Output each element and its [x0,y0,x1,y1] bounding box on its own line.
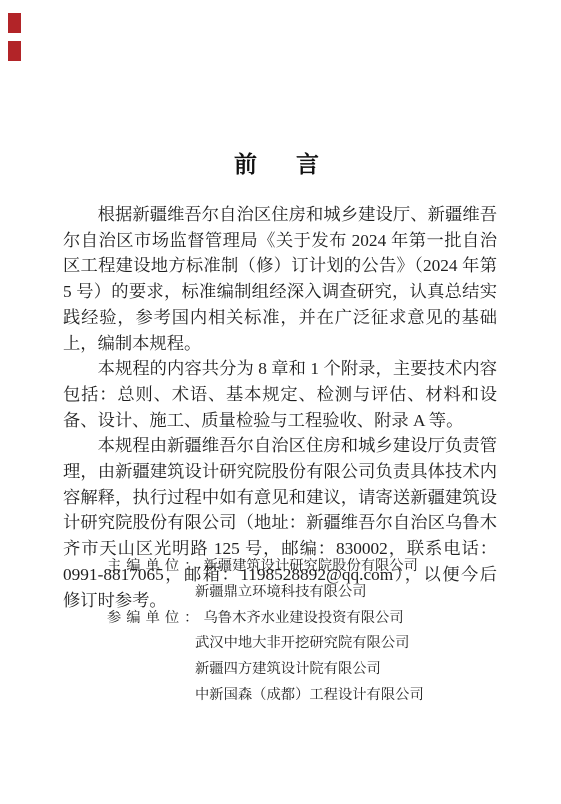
editor-row: 主编单位： 新疆建筑设计研究院股份有限公司 [107,554,507,580]
red-stamp-top [8,13,21,33]
document-page: 前 言 根据新疆维吾尔自治区住房和城乡建设厅、新疆维吾尔自治区市场监督管理局《关… [0,0,561,804]
editor-units-section: 主编单位： 新疆建筑设计研究院股份有限公司 新疆鼎立环境科技有限公司 参编单位：… [107,554,507,709]
co-editor-label: 参编单位： [107,606,203,632]
editor-org-name: 新疆四方建筑设计院有限公司 [195,657,507,683]
red-stamp-bottom [8,41,21,61]
editor-org-name: 中新国森（成都）工程设计有限公司 [195,683,507,709]
editor-row: 武汉中地大非开挖研究院有限公司 [107,631,507,657]
editor-org-name: 新疆建筑设计研究院股份有限公司 [203,554,507,580]
editor-org-name: 新疆鼎立环境科技有限公司 [195,580,507,606]
preface-paragraph-2: 本规程的内容共分为 8 章和 1 个附录，主要技术内容包括：总则、术语、基本规定… [63,356,497,433]
editor-row: 新疆鼎立环境科技有限公司 [107,580,507,606]
editor-org-name: 乌鲁木齐水业建设投资有限公司 [203,606,507,632]
preface-paragraph-1: 根据新疆维吾尔自治区住房和城乡建设厅、新疆维吾尔自治区市场监督管理局《关于发布 … [63,202,497,356]
editor-row: 参编单位： 乌鲁木齐水业建设投资有限公司 [107,606,507,632]
preface-body: 根据新疆维吾尔自治区住房和城乡建设厅、新疆维吾尔自治区市场监督管理局《关于发布 … [63,202,497,613]
editor-org-name: 武汉中地大非开挖研究院有限公司 [195,631,507,657]
editor-row: 中新国森（成都）工程设计有限公司 [107,683,507,709]
page-title: 前 言 [0,146,561,179]
editor-row: 新疆四方建筑设计院有限公司 [107,657,507,683]
chief-editor-label: 主编单位： [107,554,203,580]
